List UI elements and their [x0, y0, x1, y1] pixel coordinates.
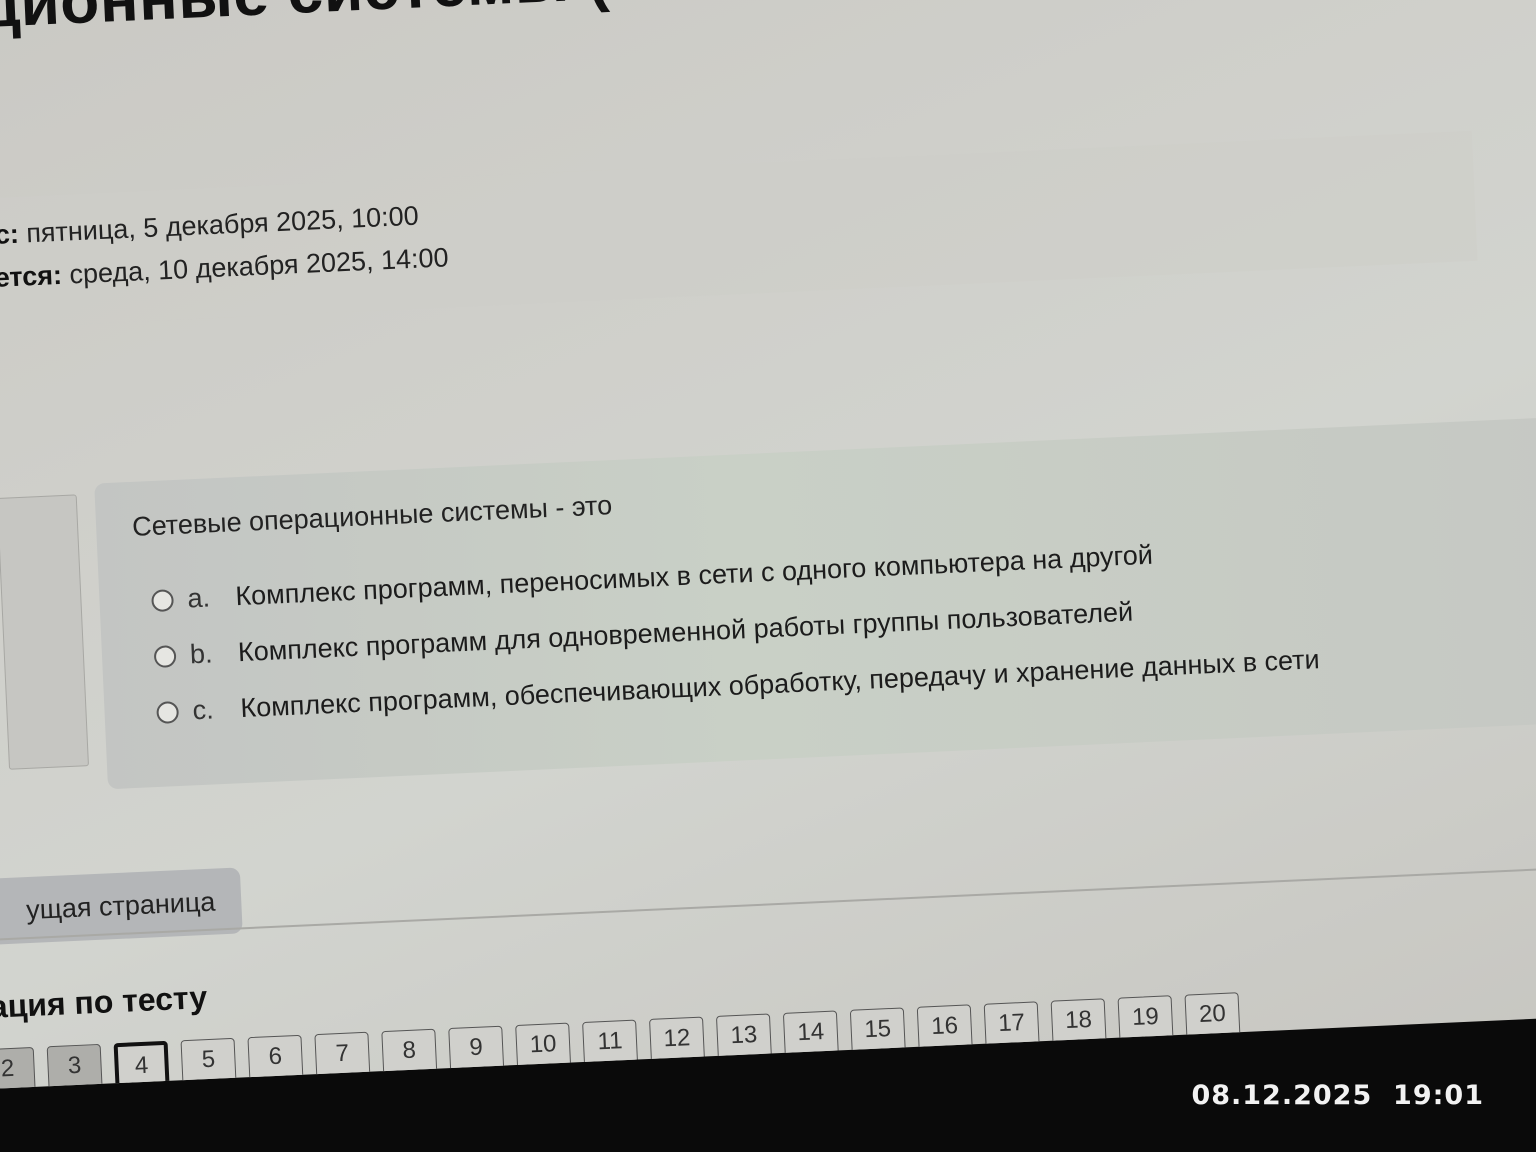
question-text: Сетевые операционные системы - это [132, 490, 613, 543]
quiz-nav-button[interactable]: 4 [114, 1041, 171, 1089]
quiz-nav-button[interactable]: 9 [448, 1026, 505, 1089]
question-info-panel [0, 494, 89, 769]
quiz-nav-button[interactable]: 14 [783, 1010, 840, 1084]
quiz-nav-button[interactable]: 17 [984, 1001, 1041, 1075]
answer-letter: c. [192, 693, 241, 726]
quiz-nav-button[interactable]: 20 [1184, 992, 1241, 1066]
quiz-nav-button[interactable]: 18 [1051, 998, 1108, 1072]
quiz-timing-info: с: пятница, 5 декабря 2025, 10:00 ется: … [0, 131, 1477, 329]
opened-label: с: [0, 219, 19, 250]
quiz-nav-button[interactable]: 13 [716, 1013, 773, 1087]
quiz-nav-button[interactable]: 15 [850, 1007, 907, 1081]
quiz-nav-button[interactable]: 19 [1118, 995, 1175, 1069]
question-card: Сетевые операционные системы - это a. Ко… [94, 411, 1536, 789]
closes-row: ется: среда, 10 декабря 2025, 14:00 [0, 242, 449, 294]
quiz-nav-button[interactable]: 2 [0, 1047, 37, 1089]
quiz-nav-button[interactable]: 3 [47, 1044, 104, 1089]
closes-value: среда, 10 декабря 2025, 14:00 [69, 242, 449, 289]
answer-letter: a. [187, 581, 236, 614]
answer-letter: b. [189, 637, 238, 670]
quiz-nav-button[interactable]: 16 [917, 1004, 974, 1078]
answer-text: Комплекс программ для одновременной рабо… [237, 597, 1133, 669]
radio-button-icon[interactable] [156, 701, 179, 724]
photo-timestamp: 08.12.2025 19:01 [1191, 1080, 1484, 1111]
opened-row: с: пятница, 5 декабря 2025, 10:00 [0, 201, 419, 251]
page-title: ационные системы ( [0, 0, 611, 44]
quiz-nav-button[interactable]: 10 [515, 1023, 572, 1089]
quiz-nav-button[interactable]: 5 [181, 1038, 238, 1089]
quiz-nav-button[interactable]: 11 [582, 1020, 639, 1089]
quiz-nav-button[interactable]: 12 [649, 1017, 706, 1089]
quiz-nav-button[interactable]: 8 [381, 1029, 438, 1089]
previous-page-label: ущая страница [26, 886, 216, 926]
radio-button-icon[interactable] [151, 589, 174, 612]
quiz-navigation-title: ация по тесту [0, 979, 208, 1026]
screen: ационные системы ( с: пятница, 5 декабря… [0, 0, 1536, 1089]
quiz-nav-button[interactable]: 6 [247, 1035, 304, 1089]
closes-label: ется: [0, 260, 63, 293]
opened-value: пятница, 5 декабря 2025, 10:00 [26, 201, 420, 249]
quiz-nav-button[interactable]: 7 [314, 1032, 371, 1089]
radio-button-icon[interactable] [154, 645, 177, 668]
